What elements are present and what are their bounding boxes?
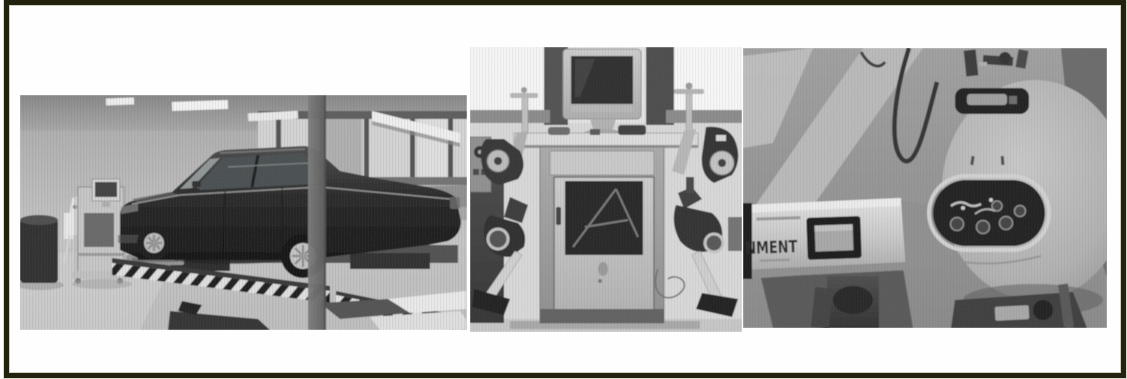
photo-wheel-alignment-machine — [470, 47, 742, 332]
film-grain — [470, 47, 742, 332]
photo1-illustration — [20, 95, 467, 330]
photo-measuring-head-closeup: NMENT — [743, 48, 1107, 328]
film-grain — [20, 95, 467, 330]
figure-canvas: NMENT — [0, 0, 1127, 379]
film-grain — [743, 48, 1107, 328]
photo-car-on-alignment-lift — [20, 95, 467, 330]
photo3-illustration: NMENT — [743, 48, 1107, 328]
photo2-illustration — [470, 47, 742, 332]
